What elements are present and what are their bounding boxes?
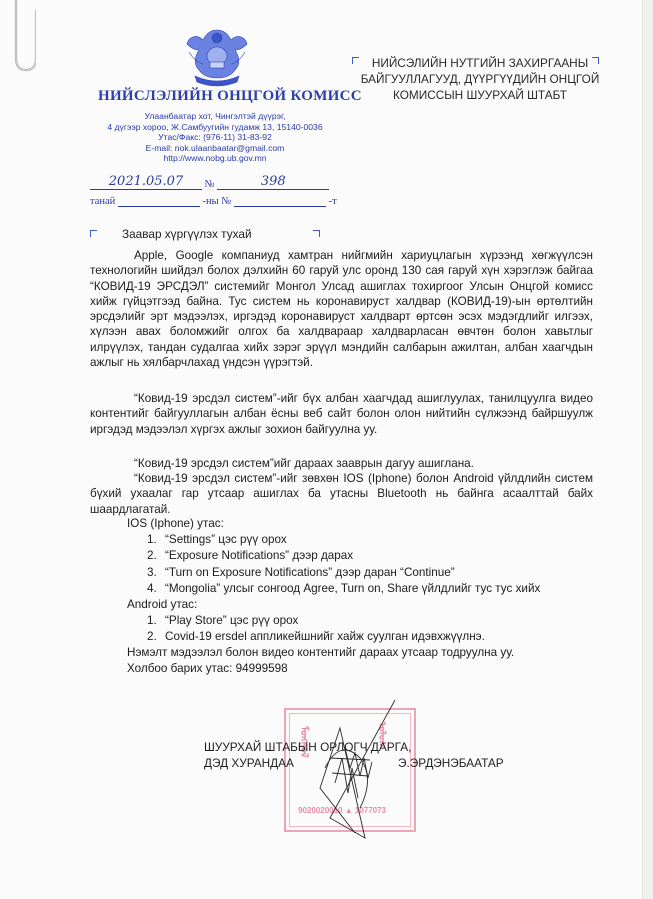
- step-text: “Turn on Exposure Notifications” дээр да…: [165, 566, 455, 579]
- website: http://www.nobg.ub.gov.mn: [90, 153, 340, 164]
- number-label: №: [205, 179, 215, 190]
- android-step-1: 1.“Play Store” цэс рүү орох: [147, 614, 298, 627]
- paragraph-2: “Ковид-19 эрсдэл систем”-ийг бүх албан х…: [90, 391, 593, 437]
- handwritten-signature: [300, 698, 410, 848]
- recipient-line-2: БАЙГУУЛЛАГУУД, ДҮҮРГҮҮДИЙН ОНЦГОЙ: [355, 71, 605, 87]
- android-heading: Android утас:: [127, 598, 197, 611]
- subject-corner-left: [90, 230, 97, 237]
- your-number-blank: [234, 195, 326, 207]
- paragraph-3-text: “Ковид-19 эрсдэл систем”ийг дараах заавр…: [90, 456, 593, 471]
- recipient-line-1: НИЙСЭЛИЙН НУТГИЙН ЗАХИРГААНЫ: [355, 55, 605, 71]
- step-text: “Mongolia” улсыг сонгоод Agree, Turn on,…: [165, 582, 540, 595]
- email: E-mail: nok.ulaanbaatar@gmail.com: [90, 143, 340, 154]
- t-label: -т: [329, 196, 337, 207]
- ios-step-1: 1.“Settings” цэс рүү орох: [147, 533, 287, 546]
- step-number: 3.: [147, 566, 165, 579]
- your-date-blank: [118, 195, 200, 207]
- paragraph-4-text: “Ковид-19 эрсдэл систем”-ийг зөвхөн IOS …: [90, 471, 593, 517]
- paragraph-1-text: Apple, Google компаниуд хамтран нийгмийн…: [90, 248, 593, 370]
- organization-contacts: Улаанбаатар хот, Чингэлтэй дүүрэг, 4 дүг…: [90, 111, 340, 164]
- step-number: 1.: [147, 533, 165, 546]
- more-info-line: Нэмэлт мэдээлэл болон видео контентийг д…: [127, 646, 514, 659]
- step-text: “Play Store” цэс рүү орох: [165, 614, 298, 627]
- subject-line: Заавар хүргүүлэх тухай: [122, 227, 252, 241]
- android-step-2: 2.Covid-19 ersdel аппликейшнийг хайж суу…: [147, 630, 485, 643]
- signatory-title-line-2: ДЭД ХУРАНДАА: [204, 756, 294, 770]
- step-number: 2.: [147, 630, 165, 643]
- paragraph-1: Apple, Google компаниуд хамтран нийгмийн…: [90, 248, 593, 370]
- recipient-line-3: КОМИССЫН ШУУРХАЙ ШТАБТ: [355, 87, 605, 103]
- address-line-2: 4 дүгээр хороо, Ж.Самбуугийн гудамж 13, …: [90, 122, 340, 133]
- step-text: Covid-19 ersdel аппликейшнийг хайж суулг…: [165, 630, 485, 643]
- paragraph-4: “Ковид-19 эрсдэл систем”-ийг зөвхөн IOS …: [90, 471, 593, 517]
- paperclip-icon: [6, 0, 36, 76]
- recipient-block: НИЙСЭЛИЙН НУТГИЙН ЗАХИРГААНЫ БАЙГУУЛЛАГУ…: [355, 55, 605, 103]
- reference-row-outgoing: 2021.05.07 № 398: [90, 174, 329, 190]
- ny-number-label: -ны №: [203, 196, 232, 207]
- organization-title: НИЙСЛЭЛИЙН ОНЦГОЙ КОМИСС: [98, 88, 338, 105]
- ios-step-3: 3.“Turn on Exposure Notifications” дээр …: [147, 566, 455, 579]
- ios-step-4: 4.“Mongolia” улсыг сонгоод Agree, Turn o…: [147, 582, 540, 595]
- page-edge: [642, 0, 653, 899]
- state-emblem-icon: [181, 26, 253, 90]
- step-text: “Settings” цэс рүү орох: [165, 533, 287, 546]
- subject-corner-right: [313, 230, 320, 237]
- signatory-name: Э.ЭРДЭНЭБААТАР: [398, 756, 504, 770]
- reference-row-incoming: танай -ны № -т: [90, 195, 337, 207]
- ios-heading: IOS (Iphone) утас:: [127, 517, 224, 530]
- letter-number: 398: [217, 174, 329, 190]
- step-text: “Exposure Notifications” дээр дарах: [165, 549, 353, 562]
- phone-fax: Утас/Факс: (976-11) 31-83-92: [90, 132, 340, 143]
- step-number: 2.: [147, 549, 165, 562]
- address-line-1: Улаанбаатар хот, Чингэлтэй дүүрэг,: [90, 111, 340, 122]
- your-label: танай: [90, 196, 115, 207]
- step-number: 1.: [147, 614, 165, 627]
- contact-phone-line: Холбоо барих утас: 94999598: [127, 662, 288, 675]
- step-number: 4.: [147, 582, 165, 595]
- ios-step-2: 2.“Exposure Notifications” дээр дарах: [147, 549, 353, 562]
- paragraph-3: “Ковид-19 эрсдэл систем”ийг дараах заавр…: [90, 456, 593, 471]
- paragraph-2-text: “Ковид-19 эрсдэл систем”-ийг бүх албан х…: [90, 391, 593, 437]
- letter-date: 2021.05.07: [90, 174, 202, 190]
